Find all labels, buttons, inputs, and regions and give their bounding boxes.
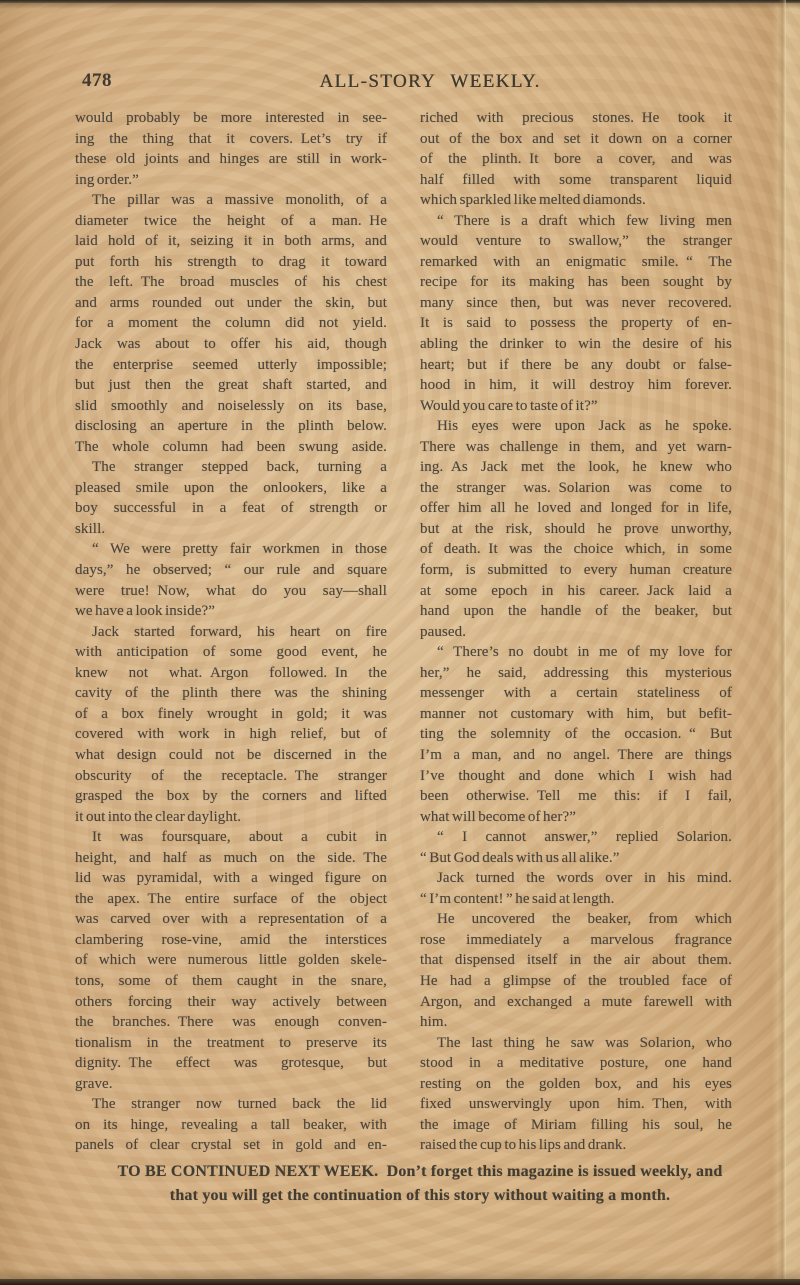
text-line: messenger with a certain stateliness of [420, 683, 732, 704]
text-line: manner not customary with him, but befit… [420, 704, 732, 725]
text-line: pleased smile upon the onlookers, like a [75, 478, 387, 499]
text-line: lid was pyramidal, with a winged figure … [75, 868, 387, 889]
text-line: the enterprise seemed utterly impossible… [75, 355, 387, 376]
scan-edge-top-shadow [0, 3, 800, 9]
text-line: hood in him, it will destroy him forever… [420, 375, 732, 396]
text-line: panels of clear crystal set in gold and … [75, 1135, 387, 1156]
text-line: others forcing their way actively betwee… [75, 992, 387, 1013]
text-line: He had a glimpse of the troubled face of [420, 971, 732, 992]
text-line: were true! Now, what do you say—shall [75, 581, 387, 602]
text-line: knew not what. Argon followed. In the [75, 663, 387, 684]
text-line: It was foursquare, about a cubit in [75, 827, 387, 848]
paper-crease-right [778, 0, 786, 1285]
text-line: tionalism in the treatment to preserve i… [75, 1033, 387, 1054]
text-line: but just then the great shaft started, a… [75, 375, 387, 396]
text-line: Argon, and exchanged a mute farewell wit… [420, 992, 732, 1013]
text-line: The whole column had been swung aside. [75, 437, 387, 458]
text-line: been otherwise. Tell me this: if I fail, [420, 786, 732, 807]
text-line: of the plinth. It bore a cover, and was [420, 149, 732, 170]
text-line: recipe for its making has been sought by [420, 272, 732, 293]
text-line: the image of Miriam filling his soul, he [420, 1115, 732, 1136]
text-line: dignity. The effect was grotesque, but [75, 1053, 387, 1074]
running-head-title: ALL-STORY WEEKLY. [0, 71, 800, 93]
text-line: heart; but if there be any doubt or fals… [420, 355, 732, 376]
text-line: of which were numerous little golden ske… [75, 950, 387, 971]
text-line: obscurity of the receptacle. The strange… [75, 766, 387, 787]
text-line: the branches. There was enough conven- [75, 1012, 387, 1033]
text-line: of a box finely wrought in gold; it was [75, 704, 387, 725]
text-line: The stranger now turned back the lid [75, 1094, 387, 1115]
text-line: hand upon the handle of the beaker, but [420, 601, 732, 622]
text-line: Jack was about to offer his aid, though [75, 334, 387, 355]
text-line: The stranger stepped back, turning a [75, 457, 387, 478]
text-line: disclosing an aperture in the plinth bel… [75, 416, 387, 437]
text-line: her,” he said, addressing this mysteriou… [420, 663, 732, 684]
text-line: the apex. The entire surface of the obje… [75, 889, 387, 910]
text-line: diameter twice the height of a man. He [75, 211, 387, 232]
text-line: days,” he observed; “ our rule and squar… [75, 560, 387, 581]
text-line: ting the solemnity of the occasion. “ Bu… [420, 724, 732, 745]
text-line: “ There is a draft which few living men [420, 211, 732, 232]
text-line: him. [420, 1012, 732, 1033]
text-line: many since then, but was never recovered… [420, 293, 732, 314]
text-line: height, and half as much on the side. Th… [75, 848, 387, 869]
text-line: what will become of her?” [420, 807, 732, 828]
text-line: but at the risk, should he prove unworth… [420, 519, 732, 540]
text-line: these old joints and hinges are still in… [75, 149, 387, 170]
text-line: paused. [420, 622, 732, 643]
text-line: slid smoothly and noiselessly on its bas… [75, 396, 387, 417]
text-line: that dispensed itself in the air about t… [420, 950, 732, 971]
text-line: grave. [75, 1074, 387, 1095]
text-line: covered with work in high relief, but of [75, 724, 387, 745]
text-line: at some epoch in his career. Jack laid a [420, 581, 732, 602]
text-line: tons, some of them caught in the snare, [75, 971, 387, 992]
text-line: The pillar was a massive monolith, of a [75, 190, 387, 211]
text-line: it out into the clear daylight. [75, 807, 387, 828]
text-line: remarked with an enigmatic smile. “ The [420, 252, 732, 273]
text-line: I’m a man, and no angel. There are thing… [420, 745, 732, 766]
text-line: There was challenge in them, and yet war… [420, 437, 732, 458]
text-line: ing. As Jack met the look, he knew who [420, 457, 732, 478]
scan-edge-bottom-shadow [0, 1269, 800, 1279]
footer-line-1: TO BE CONTINUED NEXT WEEK. Don’t forget … [70, 1160, 770, 1184]
scan-edge-bottom [0, 1279, 800, 1285]
text-line: stood in a meditative posture, one hand [420, 1053, 732, 1074]
text-line: His eyes were upon Jack as he spoke. [420, 416, 732, 437]
text-line: I’ve thought and done which I wish had [420, 766, 732, 787]
text-line: put forth his strength to drag it toward [75, 252, 387, 273]
text-line: Jack turned the words over in his mind. [420, 868, 732, 889]
text-line: “ But God deals with us all alike.” [420, 848, 732, 869]
text-line: which sparkled like melted diamonds. [420, 190, 732, 211]
text-line: Would you care to taste of it?” [420, 396, 732, 417]
text-line: laid hold of it, seizing it in both arms… [75, 231, 387, 252]
text-line: of death. It was the choice which, in so… [420, 539, 732, 560]
text-line: was carved over with a representation of… [75, 909, 387, 930]
magazine-page-scan: 478 ALL-STORY WEEKLY. would probably be … [0, 0, 800, 1285]
text-line: the left. The broad muscles of his chest [75, 272, 387, 293]
text-line: ing the thing that it covers. Let’s try … [75, 129, 387, 150]
text-line: offer him all he loved and longed for in… [420, 498, 732, 519]
text-line: for a moment the column did not yield. [75, 313, 387, 334]
text-line: grasped the box by the corners and lifte… [75, 786, 387, 807]
text-line: and arms rounded out under the skin, but [75, 293, 387, 314]
text-column-right: riched with precious stones. He took ito… [420, 108, 732, 1156]
text-line: boy successful in a feat of strength or [75, 498, 387, 519]
text-line: ing order.” [75, 170, 387, 191]
text-line: skill. [75, 519, 387, 540]
text-line: “ I cannot answer,” replied Solarion. [420, 827, 732, 848]
text-line: rose immediately a marvelous fragrance [420, 930, 732, 951]
text-line: abling the drinker to win the desire of … [420, 334, 732, 355]
footer-line-2: that you will get the continuation of th… [70, 1184, 770, 1208]
text-line: Jack started forward, his heart on fire [75, 622, 387, 643]
text-line: would probably be more interested in see… [75, 108, 387, 129]
text-line: we have a look inside?” [75, 601, 387, 622]
text-line: He uncovered the beaker, from which [420, 909, 732, 930]
text-line: the stranger was. Solarion was come to [420, 478, 732, 499]
text-line: would venture to swallow,” the stranger [420, 231, 732, 252]
text-line: cavity of the plinth there was the shini… [75, 683, 387, 704]
text-line: clambering rose-vine, amid the interstic… [75, 930, 387, 951]
text-line: out of the box and set it down on a corn… [420, 129, 732, 150]
text-line: The last thing he saw was Solarion, who [420, 1033, 732, 1054]
text-line: “ I’m content! ” he said at length. [420, 889, 732, 910]
text-line: raised the cup to his lips and drank. [420, 1135, 732, 1156]
text-line: riched with precious stones. He took it [420, 108, 732, 129]
text-line: “ We were pretty fair workmen in those [75, 539, 387, 560]
text-line: what design could not be discerned in th… [75, 745, 387, 766]
text-line: form, is submitted to every human creatu… [420, 560, 732, 581]
text-line: It is said to possess the property of en… [420, 313, 732, 334]
text-line: with anticipation of some good event, he [75, 642, 387, 663]
text-line: resting on the golden box, and his eyes [420, 1074, 732, 1095]
text-line: fixed unswervingly upon him. Then, with [420, 1094, 732, 1115]
footer-notice: TO BE CONTINUED NEXT WEEK. Don’t forget … [70, 1160, 770, 1207]
text-line: “ There’s no doubt in me of my love for [420, 642, 732, 663]
text-line: half filled with some transparent liquid [420, 170, 732, 191]
text-column-left: would probably be more interested in see… [75, 108, 387, 1156]
text-line: on its hinge, revealing a tall beaker, w… [75, 1115, 387, 1136]
